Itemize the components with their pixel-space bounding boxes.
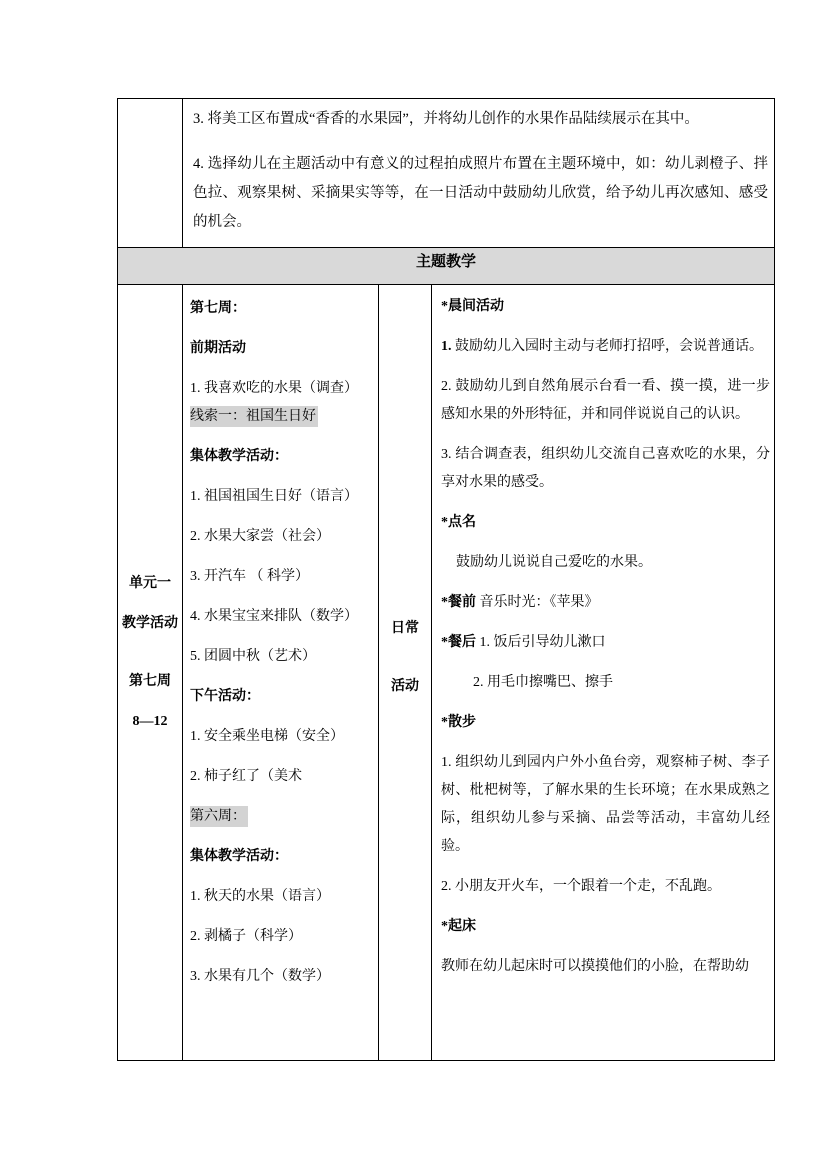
paragraph: 1. 组织幼儿到园内户外小鱼台旁，观察柿子树、李子树、枇杷树等，了解水果的生长环… — [441, 749, 770, 861]
paragraph: 2. 水果大家尝（社会） — [190, 523, 374, 551]
bold-text-run: *起床 — [441, 919, 476, 934]
label-line: 教学活动 — [122, 604, 178, 644]
text-run: 4. 选择幼儿在主题活动中有意义的过程拍成照片布置在主题环境中，如：幼儿剥橙子、… — [193, 156, 768, 230]
text-run: 3. 水果有几个（数学） — [190, 969, 330, 984]
text-run: 鼓励幼儿入园时主动与老师打招呼，会说普通话。 — [452, 339, 764, 354]
highlighted-text: 第六周： — [190, 806, 248, 827]
bold-text-run: 集体教学活动： — [190, 849, 288, 864]
text-run: 2. 小朋友开火车，一个跟着一个走，不乱跑。 — [441, 879, 721, 894]
paragraph: 1. 祖国祖国生日好（语言） — [190, 483, 374, 511]
paragraph: *餐后 1. 饭后引导幼儿漱口 — [441, 629, 770, 657]
paragraph: 1. 我喜欢吃的水果（调查） — [190, 375, 374, 403]
paragraph: 1. 安全乘坐电梯（安全） — [190, 723, 374, 751]
text-run: 1. 饭后引导幼儿漱口 — [476, 635, 606, 650]
environment-setup-row: 3. 将美工区布置成“香香的水果园”，并将幼儿创作的水果作品陆续展示在其中。4.… — [118, 99, 774, 247]
text-run: 鼓励幼儿说说自己爱吃的水果。 — [456, 555, 652, 570]
paragraph: *散步 — [441, 709, 770, 737]
paragraph: 2. 小朋友开火车，一个跟着一个走，不乱跑。 — [441, 873, 770, 901]
paragraph: 下午活动： — [190, 683, 374, 711]
paragraph: 2. 柿子红了（美术 — [190, 763, 374, 791]
text-run: 3. 结合调查表，组织幼儿交流自己喜欢吃的水果，分享对水果的感受。 — [441, 447, 770, 490]
section-header-title: 主题教学 — [416, 254, 476, 270]
text-run: 教师在幼儿起床时可以摸摸他们的小脸，在帮助幼 — [441, 959, 749, 974]
paragraph: 鼓励幼儿说说自己爱吃的水果。 — [441, 549, 770, 577]
label-line: 活动 — [391, 658, 419, 716]
bold-text-run: 前期活动 — [190, 341, 246, 356]
theme-teaching-row: 单元一教学活动第七周8—12 第七周：前期活动1. 我喜欢吃的水果（调查）线索一… — [118, 284, 774, 1060]
lesson-plan-table: 3. 将美工区布置成“香香的水果园”，并将幼儿创作的水果作品陆续展示在其中。4.… — [117, 98, 775, 1061]
unit-cell: 单元一教学活动第七周8—12 — [118, 285, 183, 1060]
paragraph: 2. 剥橘子（科学） — [190, 923, 374, 951]
paragraph: 第六周： — [190, 803, 374, 831]
label-line: 日常 — [391, 600, 419, 658]
paragraph: 1. 鼓励幼儿入园时主动与老师打招呼，会说普通话。 — [441, 333, 770, 361]
text-run: 2. 柿子红了（美术 — [190, 769, 302, 784]
daily-activities-label-cell: 日常活动 — [379, 285, 432, 1060]
paragraph: 教师在幼儿起床时可以摸摸他们的小脸，在帮助幼 — [441, 953, 770, 981]
paragraph: *餐前 音乐时光：《苹果》 — [441, 589, 770, 617]
text-run: 1. 祖国祖国生日好（语言） — [190, 489, 358, 504]
text-run: 1. 安全乘坐电梯（安全） — [190, 729, 344, 744]
text-run: 3. 将美工区布置成“香香的水果园”，并将幼儿创作的水果作品陆续展示在其中。 — [193, 111, 699, 127]
bold-text-run: *餐后 — [441, 635, 476, 650]
text-run: 5. 团圆中秋（艺术） — [190, 649, 316, 664]
paragraph: 3. 结合调查表，组织幼儿交流自己喜欢吃的水果，分享对水果的感受。 — [441, 441, 770, 497]
paragraph: 集体教学活动： — [190, 843, 374, 871]
bold-text-run: 下午活动： — [190, 689, 260, 704]
paragraph: 3. 将美工区布置成“香香的水果园”，并将幼儿创作的水果作品陆续展示在其中。 — [193, 105, 768, 134]
intro-cell: 3. 将美工区布置成“香香的水果园”，并将幼儿创作的水果作品陆续展示在其中。4.… — [183, 99, 774, 247]
text-run: 2. 剥橘子（科学） — [190, 929, 302, 944]
label-line: 第七周 — [129, 662, 171, 702]
label-line: 单元一 — [129, 564, 171, 604]
paragraph: 2. 鼓励幼儿到自然角展示台看一看、摸一摸，进一步感知水果的外形特征，并和同伴说… — [441, 373, 770, 429]
text-run: 4. 水果宝宝来排队（数学） — [190, 609, 358, 624]
text-run: 2. 水果大家尝（社会） — [190, 529, 330, 544]
text-run: 1. 秋天的水果（语言） — [190, 889, 330, 904]
weekly-activities-cell: 第七周：前期活动1. 我喜欢吃的水果（调查）线索一：祖国生日好集体教学活动：1.… — [183, 285, 379, 1060]
text-run: 1. 组织幼儿到园内户外小鱼台旁，观察柿子树、李子树、枇杷树等，了解水果的生长环… — [441, 755, 770, 854]
intro-left-empty-cell — [118, 99, 183, 247]
paragraph: *起床 — [441, 913, 770, 941]
section-header-theme-teaching: 主题教学 — [118, 247, 774, 284]
paragraph: 3. 开汽车 （ 科学） — [190, 563, 374, 591]
paragraph: 集体教学活动： — [190, 443, 374, 471]
bold-text-run: 集体教学活动： — [190, 449, 288, 464]
text-run: 1. 我喜欢吃的水果（调查） — [190, 381, 358, 396]
highlighted-text: 线索一：祖国生日好 — [190, 406, 318, 427]
bold-text-run: *晨间活动 — [441, 299, 504, 314]
bold-text-run: *餐前 — [441, 595, 476, 610]
bold-text-run: *点名 — [441, 515, 476, 530]
document-page: { "document": { "colors": { "header_bg":… — [0, 0, 827, 1170]
paragraph: 第七周： — [190, 295, 374, 323]
paragraph: 前期活动 — [190, 335, 374, 363]
bold-text-run: *散步 — [441, 715, 476, 730]
label-line: 8—12 — [133, 702, 168, 742]
text-run: 音乐时光：《苹果》 — [476, 595, 599, 610]
text-run: 2. 鼓励幼儿到自然角展示台看一看、摸一摸，进一步感知水果的外形特征，并和同伴说… — [441, 379, 770, 422]
paragraph: 2. 用毛巾擦嘴巴、擦手 — [441, 669, 770, 697]
daily-activities-cell: *晨间活动1. 鼓励幼儿入园时主动与老师打招呼，会说普通话。2. 鼓励幼儿到自然… — [432, 285, 774, 1060]
paragraph: *晨间活动 — [441, 293, 770, 321]
text-run: 2. 用毛巾擦嘴巴、擦手 — [473, 675, 613, 690]
bold-text-run: 1. — [441, 339, 452, 354]
paragraph: 1. 秋天的水果（语言） — [190, 883, 374, 911]
text-run: 3. 开汽车 （ 科学） — [190, 569, 309, 584]
paragraph: 5. 团圆中秋（艺术） — [190, 643, 374, 671]
bold-text-run: 第七周： — [190, 301, 246, 316]
paragraph: 线索一：祖国生日好 — [190, 403, 374, 431]
paragraph: 4. 选择幼儿在主题活动中有意义的过程拍成照片布置在主题环境中，如：幼儿剥橙子、… — [193, 150, 768, 237]
paragraph: 3. 水果有几个（数学） — [190, 963, 374, 991]
paragraph: 4. 水果宝宝来排队（数学） — [190, 603, 374, 631]
paragraph: *点名 — [441, 509, 770, 537]
